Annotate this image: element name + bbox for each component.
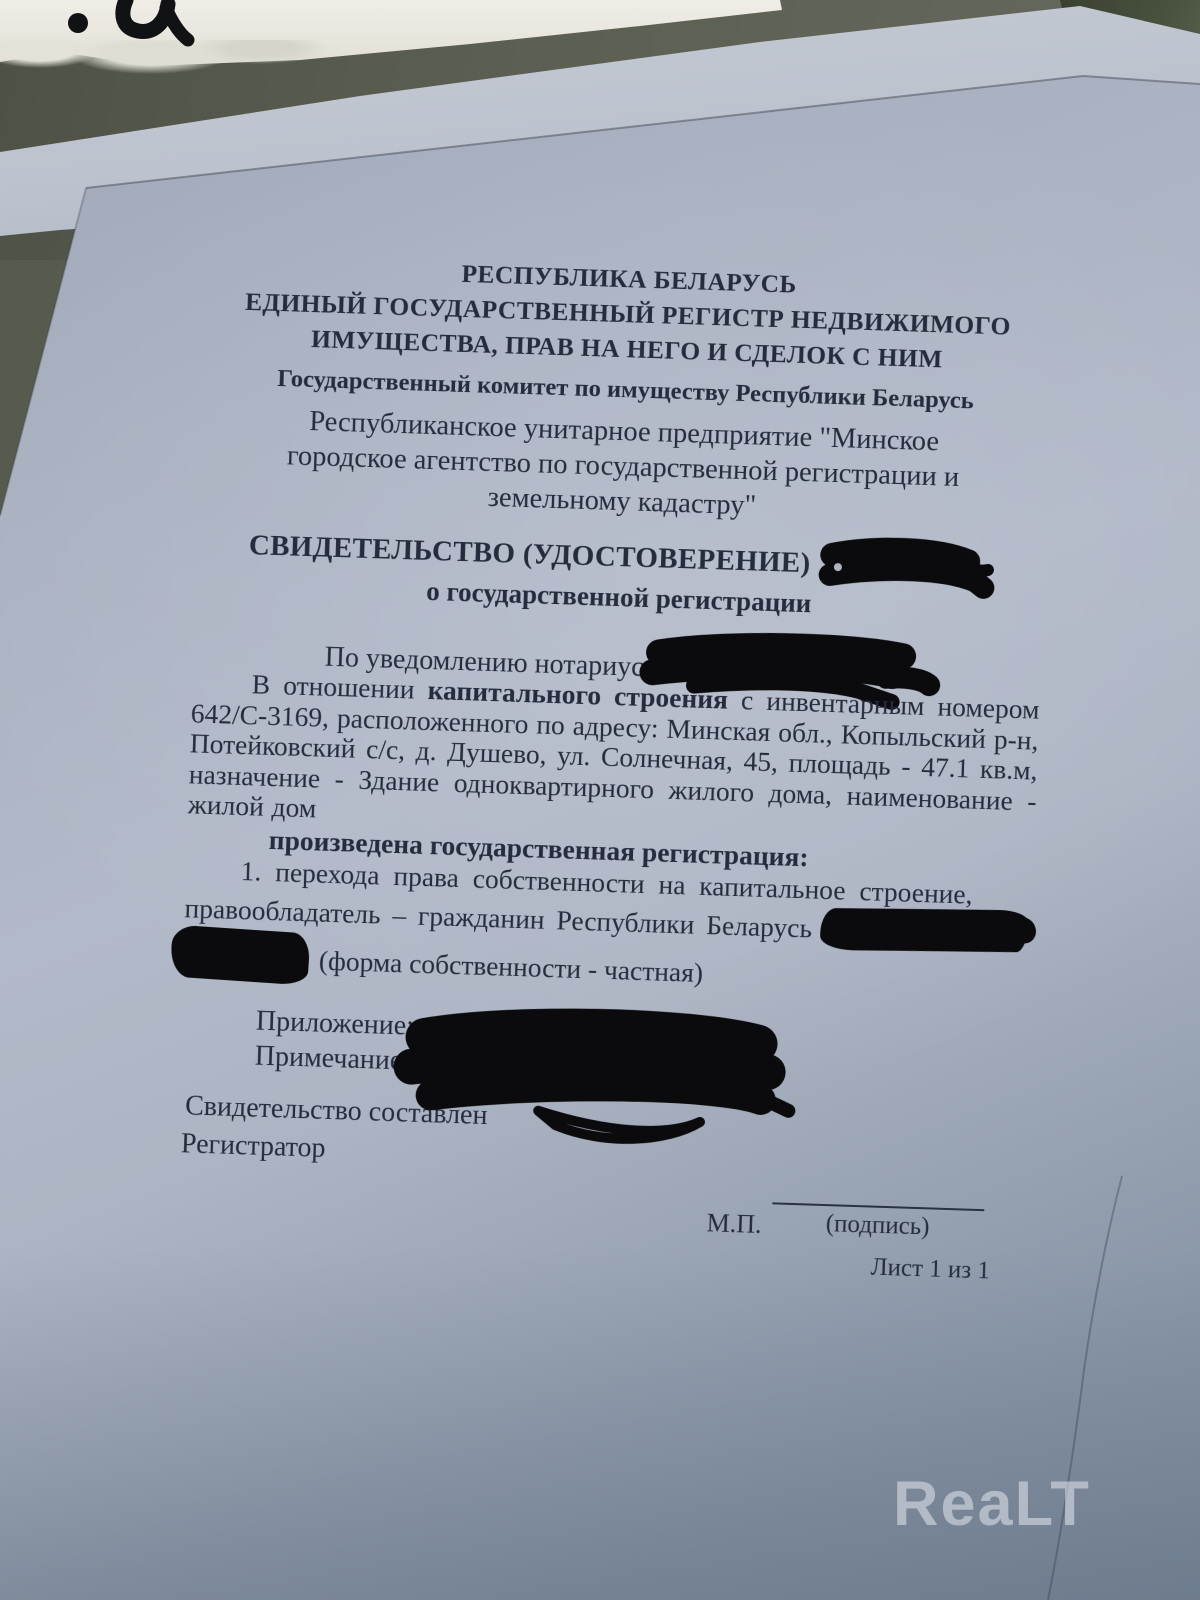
signature-line	[772, 1202, 984, 1211]
redaction-mark-registrar	[387, 1006, 812, 1169]
stamp-place-label: М.П.	[706, 1208, 762, 1240]
signature-block: (подпись)	[771, 1202, 984, 1243]
realt-watermark: ReaLT	[893, 1468, 1153, 1540]
ownership-form-text: (форма собственности - частная)	[318, 945, 703, 988]
redaction-mark-rightholder	[820, 908, 1028, 952]
photo-scene: РЕСПУБЛИКА БЕЛАРУСЬ ЕДИНЫЙ ГОСУДАРСТВЕНН…	[0, 0, 1200, 1600]
signature-caption: (подпись)	[825, 1210, 930, 1240]
subject-paragraph: В отношении капитального строения с инве…	[187, 667, 1039, 847]
redaction-mark-name	[170, 924, 311, 985]
sheet-number: Лист 1 из 1	[870, 1254, 991, 1286]
sheet-edge-line	[0, 0, 1200, 600]
